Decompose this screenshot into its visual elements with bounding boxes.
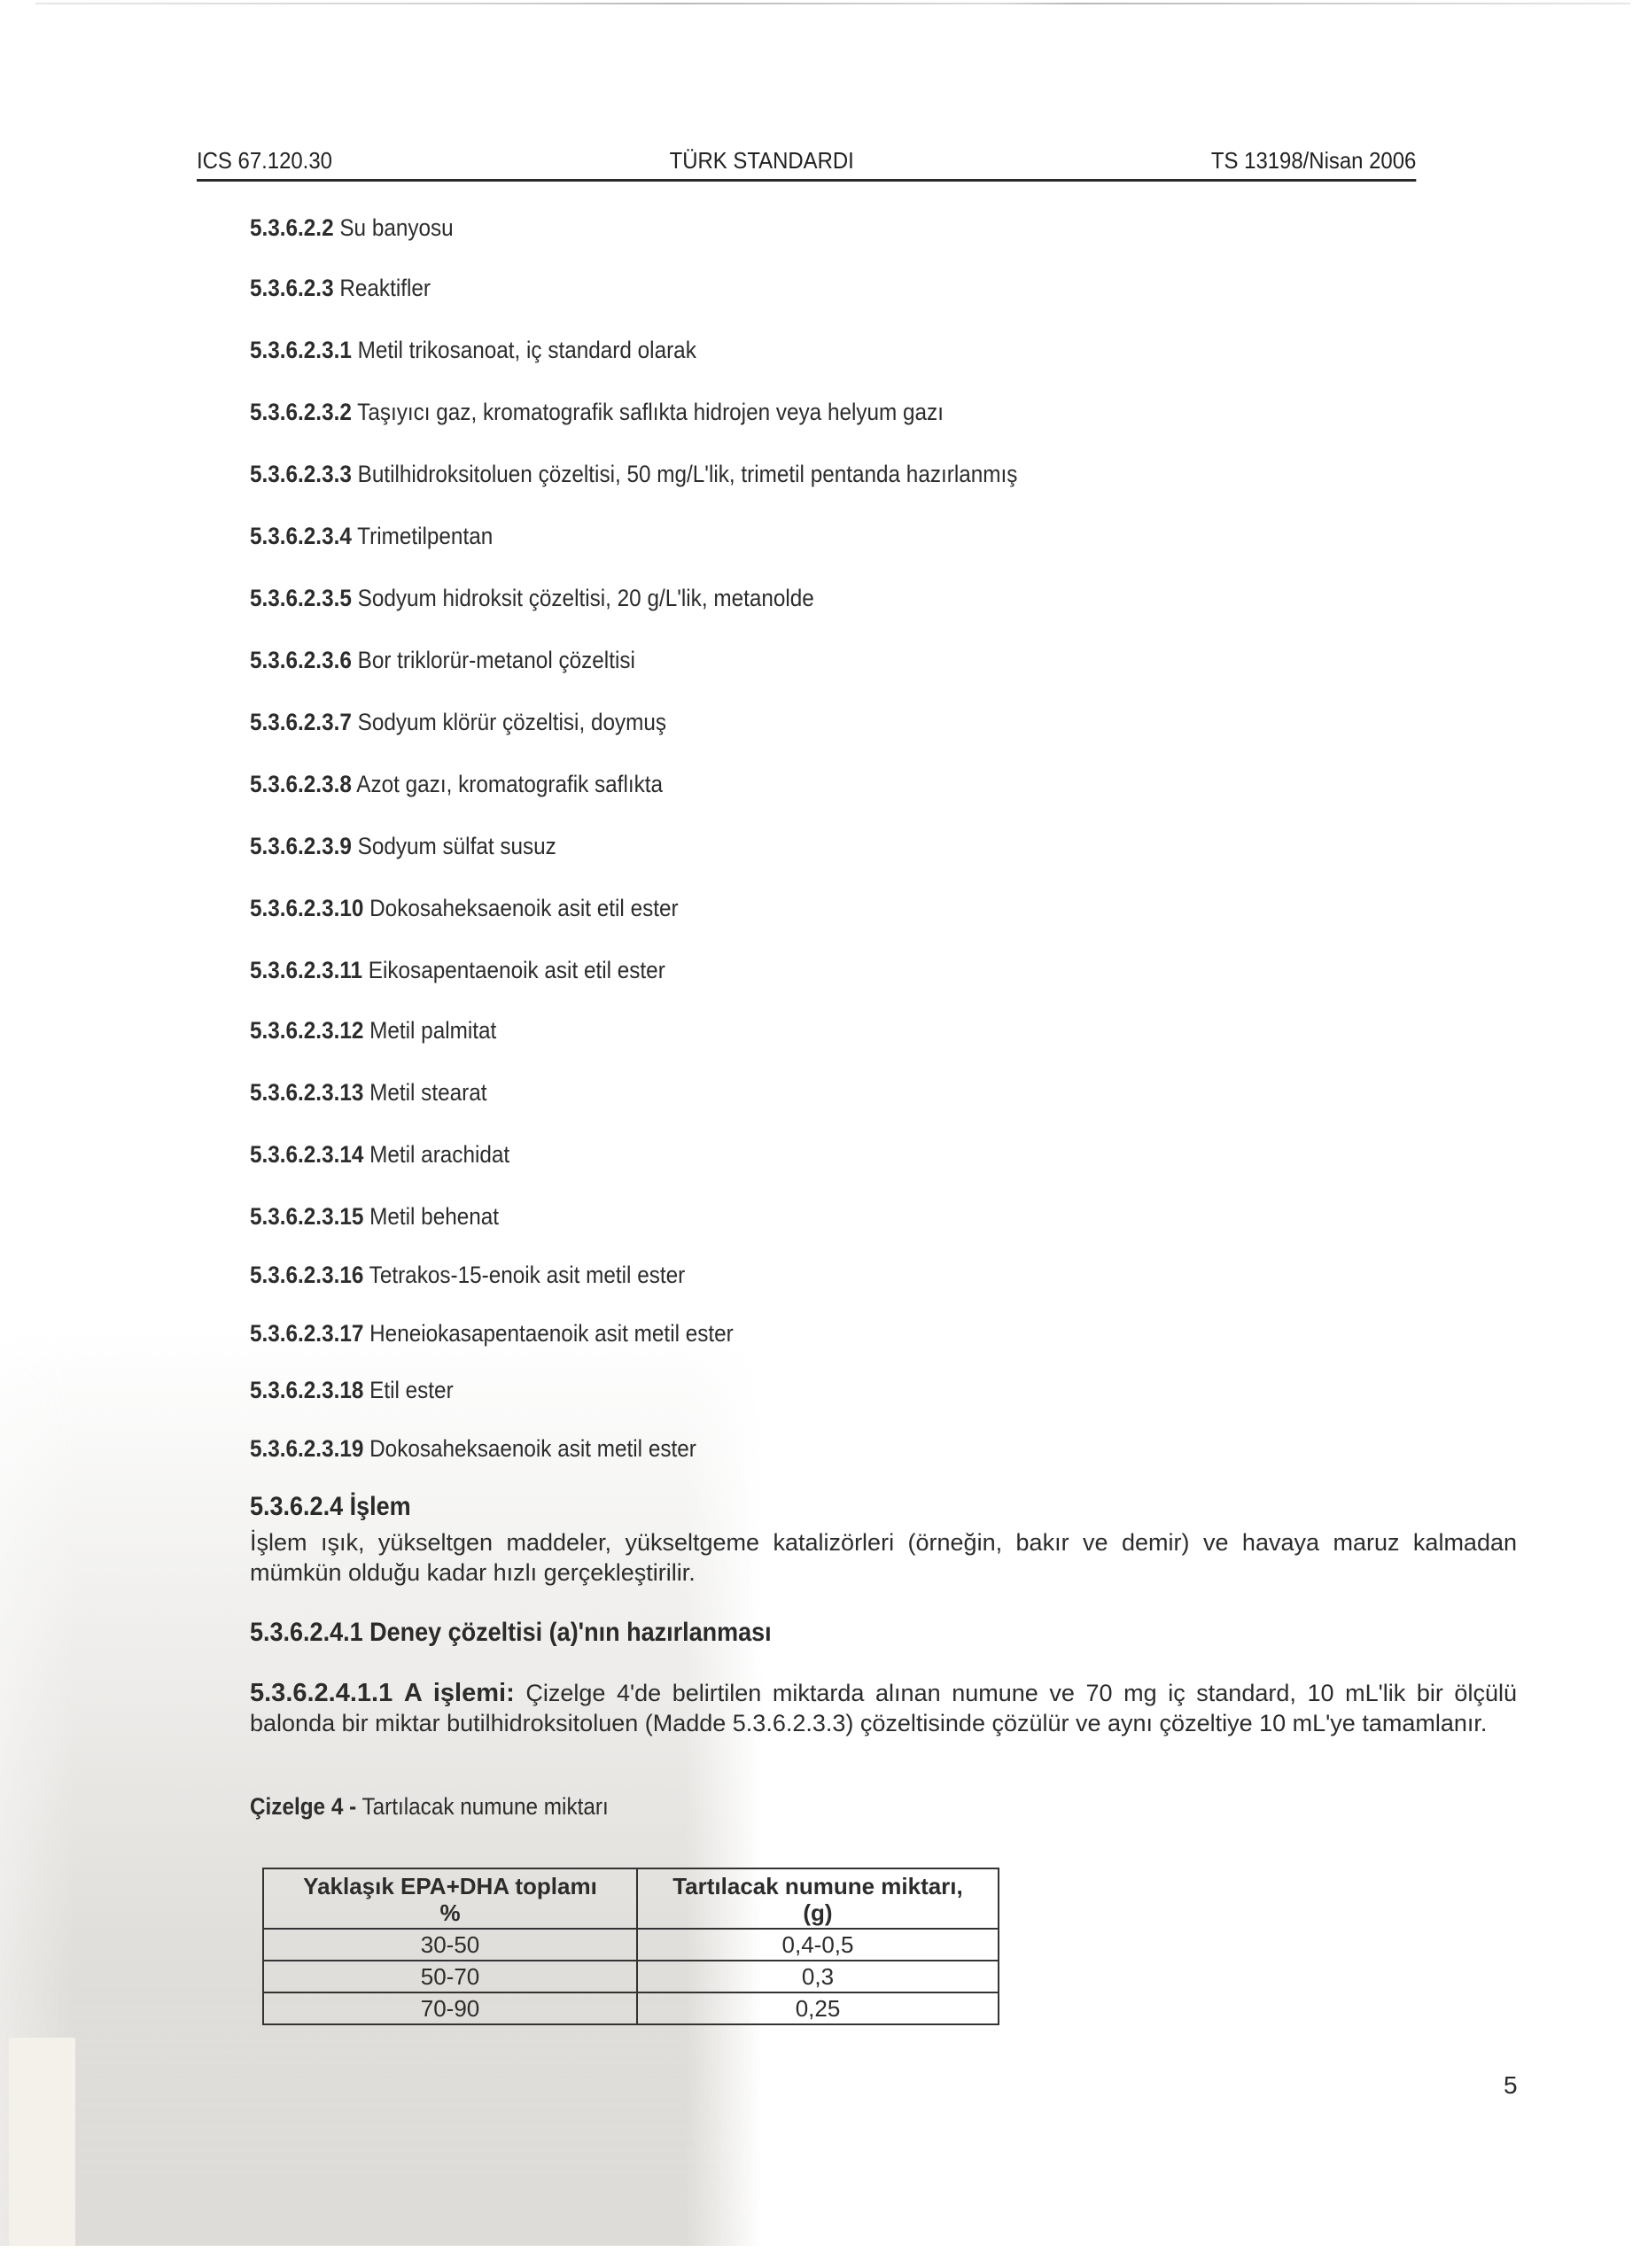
clause-number: 5.3.6.2.3.11 — [250, 957, 362, 983]
clause-text: Metil palmitat — [369, 1017, 496, 1044]
a-islemi-paragraph: 5.3.6.2.4.1.1 A işlemi: Çizelge 4'de bel… — [250, 1678, 1517, 1738]
page-header: ICS 67.120.30 TÜRK STANDARDI TS 13198/Ni… — [197, 144, 1416, 182]
clause-text: Taşıyıcı gaz, kromatografik saflıkta hid… — [357, 399, 944, 425]
a-islemi-label: A işlemi: — [404, 1679, 515, 1707]
sample-amount-table: Yaklaşık EPA+DHA toplamı % Tartılacak nu… — [262, 1868, 999, 2025]
clause-text: Bor triklorür-metanol çözeltisi — [358, 647, 635, 673]
clause-text: Reaktifler — [339, 275, 431, 301]
table-caption-number: Çizelge 4 - — [250, 1793, 356, 1820]
clause-number: 5.3.6.2.3.8 — [250, 771, 352, 797]
clause-text: Trimetilpentan — [357, 523, 493, 549]
clause-number: 5.3.6.2.3.3 — [250, 461, 352, 487]
clause-text: Metil stearat — [369, 1079, 486, 1106]
table-cell: 0,25 — [637, 1992, 999, 2024]
standard-number: TS 13198/Nisan 2006 — [1211, 147, 1416, 175]
section-heading-islem: 5.3.6.2.4 İşlem — [250, 1492, 411, 1522]
table-cell: 0,4-0,5 — [637, 1929, 999, 1961]
clause-number: 5.3.6.2.3.17 — [250, 1320, 363, 1347]
a-islemi-number: 5.3.6.2.4.1.1 — [250, 1679, 393, 1707]
clause-text: Metil arachidat — [369, 1141, 509, 1168]
clause-number: 5.3.6.2.3.15 — [250, 1203, 363, 1230]
list-item: 5.3.6.2.3.4 Trimetilpentan — [250, 523, 493, 550]
clause-text: Sodyum klörür çözeltisi, doymuş — [358, 709, 666, 735]
clause-number: 5.3.6.2.3.19 — [250, 1435, 363, 1462]
scan-margin-shadow — [9, 2038, 75, 2246]
islem-paragraph: İşlem ışık, yükseltgen maddeler, yükselt… — [250, 1527, 1517, 1588]
clause-text: Tetrakos-15-enoik asit metil ester — [369, 1262, 686, 1288]
list-item: 5.3.6.2.2 Su banyosu — [250, 214, 454, 242]
table-cell: 0,3 — [637, 1961, 999, 1992]
clause-text: Heneiokasapentaenoik asit metil ester — [369, 1320, 734, 1347]
clause-text: Etil ester — [369, 1377, 454, 1403]
list-item: 5.3.6.2.3.2 Taşıyıcı gaz, kromatografik … — [250, 399, 944, 426]
list-item: 5.3.6.2.3.6 Bor triklorür-metanol çözelt… — [250, 647, 635, 674]
list-item: 5.3.6.2.3.18 Etil ester — [250, 1377, 454, 1404]
ics-code: ICS 67.120.30 — [197, 147, 332, 175]
list-item: 5.3.6.2.3.12 Metil palmitat — [250, 1017, 496, 1045]
scan-shadow — [0, 1329, 762, 2246]
clause-number: 5.3.6.2.3 — [250, 275, 334, 301]
list-item: 5.3.6.2.3.14 Metil arachidat — [250, 1141, 509, 1169]
page-number: 5 — [1504, 2071, 1518, 2100]
list-item: 5.3.6.2.3.16 Tetrakos-15-enoik asit meti… — [250, 1262, 685, 1289]
clause-number: 5.3.6.2.3.12 — [250, 1017, 363, 1044]
list-item: 5.3.6.2.3.13 Metil stearat — [250, 1079, 486, 1107]
section-heading-deney: 5.3.6.2.4.1 Deney çözeltisi (a)'nın hazı… — [250, 1618, 772, 1648]
table-row: 70-90 0,25 — [263, 1992, 999, 2024]
standard-title: TÜRK STANDARDI — [670, 147, 854, 175]
clause-number: 5.3.6.2.3.1 — [250, 337, 352, 363]
table-cell: 30-50 — [263, 1929, 637, 1961]
clause-text: Sodyum hidroksit çözeltisi, 20 g/L'lik, … — [358, 585, 814, 611]
clause-text: Azot gazı, kromatografik saflıkta — [356, 771, 663, 797]
clause-number: 5.3.6.2.3.14 — [250, 1141, 363, 1168]
clause-number: 5.3.6.2.3.13 — [250, 1079, 363, 1106]
clause-text: Eikosapentaenoik asit etil ester — [369, 957, 665, 983]
clause-text: Dokosaheksaenoik asit etil ester — [369, 895, 678, 921]
list-item: 5.3.6.2.3.11 Eikosapentaenoik asit etil … — [250, 957, 665, 984]
table-row: 50-70 0,3 — [263, 1961, 999, 1992]
clause-number: 5.3.6.2.3.6 — [250, 647, 352, 673]
clause-text: Su banyosu — [339, 214, 453, 241]
clause-number: 5.3.6.2.3.16 — [250, 1262, 363, 1288]
clause-number: 5.3.6.2.3.5 — [250, 585, 352, 611]
clause-number: 5.3.6.2.3.4 — [250, 523, 352, 549]
table-header-row: Yaklaşık EPA+DHA toplamı % Tartılacak nu… — [263, 1868, 999, 1929]
list-item: 5.3.6.2.3.10 Dokosaheksaenoik asit etil … — [250, 895, 679, 922]
table-row: 30-50 0,4-0,5 — [263, 1929, 999, 1961]
clause-number: 5.3.6.2.3.18 — [250, 1377, 363, 1403]
clause-number: 5.3.6.2.3.7 — [250, 709, 352, 735]
clause-text: Metil trikosanoat, iç standard olarak — [358, 337, 696, 363]
table-caption-text: Tartılacak numune miktarı — [362, 1793, 609, 1820]
clause-number: 5.3.6.2.3.10 — [250, 895, 363, 921]
clause-text: Sodyum sülfat susuz — [358, 833, 556, 859]
list-item: 5.3.6.2.3.19 Dokosaheksaenoik asit metil… — [250, 1435, 696, 1463]
list-item: 5.3.6.2.3.7 Sodyum klörür çözeltisi, doy… — [250, 709, 666, 736]
clause-number: 5.3.6.2.3.9 — [250, 833, 352, 859]
clause-text: Butilhidroksitoluen çözeltisi, 50 mg/L'l… — [358, 461, 1018, 487]
table-cell: 70-90 — [263, 1992, 637, 2024]
list-item: 5.3.6.2.3.8 Azot gazı, kromatografik saf… — [250, 771, 663, 798]
clause-number: 5.3.6.2.2 — [250, 214, 334, 241]
scan-edge-line — [35, 3, 1630, 4]
list-item: 5.3.6.2.3 Reaktifler — [250, 275, 431, 302]
list-item: 5.3.6.2.3.17 Heneiokasapentaenoik asit m… — [250, 1320, 734, 1348]
list-item: 5.3.6.2.3.3 Butilhidroksitoluen çözeltis… — [250, 461, 1017, 488]
clause-number: 5.3.6.2.3.2 — [250, 399, 352, 425]
table-caption: Çizelge 4 - Tartılacak numune miktarı — [250, 1793, 609, 1821]
clause-text: Dokosaheksaenoik asit metil ester — [369, 1435, 696, 1462]
table-cell: 50-70 — [263, 1961, 637, 1992]
list-item: 5.3.6.2.3.9 Sodyum sülfat susuz — [250, 833, 556, 860]
column-header-epa-dha: Yaklaşık EPA+DHA toplamı % — [263, 1868, 637, 1929]
column-header-sample-amount: Tartılacak numune miktarı, (g) — [637, 1868, 999, 1929]
clause-text: Metil behenat — [369, 1203, 499, 1230]
list-item: 5.3.6.2.3.5 Sodyum hidroksit çözeltisi, … — [250, 585, 814, 612]
list-item: 5.3.6.2.3.15 Metil behenat — [250, 1203, 499, 1231]
list-item: 5.3.6.2.3.1 Metil trikosanoat, iç standa… — [250, 337, 696, 364]
